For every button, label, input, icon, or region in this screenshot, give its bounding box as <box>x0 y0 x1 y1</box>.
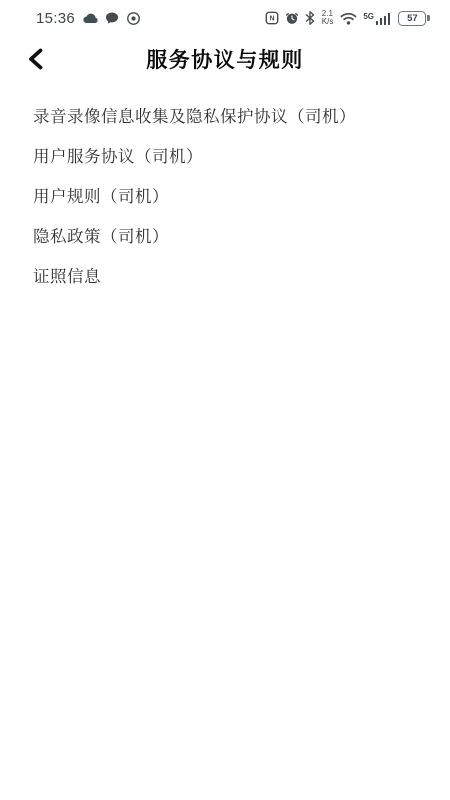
eye-protection-icon <box>126 11 141 26</box>
cellular-signal: 5G <box>363 12 390 25</box>
agreement-list: 录音录像信息收集及隐私保护协议（司机） 用户服务协议（司机） 用户规则（司机） … <box>0 95 450 295</box>
list-item-privacy-policy[interactable]: 隐私政策（司机） <box>0 215 450 255</box>
status-time: 15:36 <box>36 10 75 27</box>
wifi-icon <box>340 12 357 25</box>
list-item-label: 用户规则（司机） <box>33 183 169 207</box>
network-speed-unit: K/s <box>322 18 334 27</box>
page-title: 服务协议与规则 <box>146 44 304 74</box>
status-bar-right: N 2.1 K/s 5G 57 <box>265 10 430 27</box>
alarm-icon <box>285 11 299 25</box>
list-item-label: 证照信息 <box>33 263 101 287</box>
list-item-license-info[interactable]: 证照信息 <box>0 255 450 295</box>
status-bar-left: 15:36 <box>36 10 141 27</box>
battery-nub <box>427 15 430 21</box>
screen: 15:36 N 2.1 K/s <box>0 0 450 800</box>
header: 服务协议与规则 <box>0 32 450 86</box>
status-bar: 15:36 N 2.1 K/s <box>0 0 450 32</box>
list-item-user-rules[interactable]: 用户规则（司机） <box>0 175 450 215</box>
network-speed: 2.1 K/s <box>322 10 334 27</box>
signal-bars-icon <box>376 12 391 25</box>
network-type-label: 5G <box>363 13 374 21</box>
message-icon <box>105 11 119 25</box>
list-item-label: 用户服务协议（司机） <box>33 143 203 167</box>
list-item-user-service-agreement[interactable]: 用户服务协议（司机） <box>0 135 450 175</box>
list-item-recording-privacy[interactable]: 录音录像信息收集及隐私保护协议（司机） <box>0 95 450 135</box>
battery-icon: 57 <box>398 11 430 26</box>
battery-body: 57 <box>398 11 426 26</box>
back-button[interactable] <box>22 44 49 74</box>
list-item-label: 录音录像信息收集及隐私保护协议（司机） <box>33 103 356 127</box>
cloud-icon <box>82 12 98 24</box>
nfc-icon: N <box>265 11 279 25</box>
svg-text:N: N <box>269 16 274 23</box>
battery-percent: 57 <box>407 13 418 24</box>
bluetooth-icon <box>305 11 315 25</box>
list-item-label: 隐私政策（司机） <box>33 223 169 247</box>
